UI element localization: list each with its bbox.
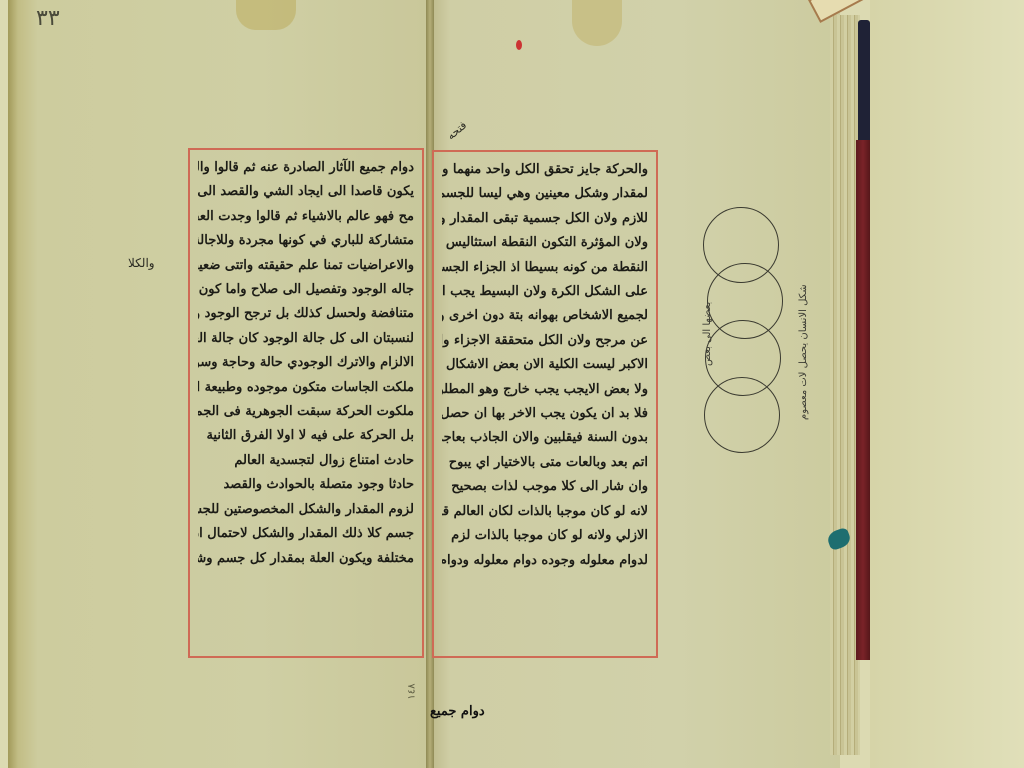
text-line: والاعراضيات تمنا علم حقيقته واتتى ضعيف ل… [198,254,414,278]
text-line: لدوام معلوله وجوده دوام معلوله ودوام معل… [442,549,648,573]
water-stain [236,0,296,30]
text-line: بدون السنة فيقلبين والان الجاذب بعاجزا [442,426,648,450]
text-line: لزوم المقدار والشكل المخصوصتين للجسم بال… [198,498,414,522]
diagram-note-1: شكل الانسان يحصل لات معصوم [798,284,809,420]
left-catchword-faint: ١٤٨ [407,683,418,699]
text-line: متشاركة للباري في كونها مجردة وللاجالة م… [198,229,414,253]
text-line: ملكت الجاسات متكون موجوده وطبيعة العالم [198,376,414,400]
text-line: وان شار الى كلا موجب لذات بصحيح [442,475,648,499]
catchword: دوام جميع [430,704,485,719]
text-line: الاكبر ليست الكلية الان بعض الاشكال كرات… [442,353,648,377]
text-line: حادثا وجود متصلة بالحوادث والقصد [198,473,414,497]
left-text-block: دوام جميع الآثار الصادرة عنه ثم قالوا وا… [188,148,424,658]
binding-red-edge [856,140,870,660]
text-line: ولان المؤثرة التكون النقطة استثاليس هو ا… [442,231,648,255]
text-line: مختلفة ويكون العلة بمقدار كل جسم وشكله ه… [198,547,414,571]
text-line: فلا بد ان يكون يجب الاخر بها ان حصل [442,402,648,426]
text-line: ملكوت الحركة سبقت الجوهرية فى الجميع [198,400,414,424]
red-ink-spot [516,40,522,50]
text-line: مح فهو عالم بالاشياء ثم قالوا وجدت العقو… [198,205,414,229]
text-line: الالزام والاترك الوجودي حالة وحاجة وسوا [198,351,414,375]
binding-blue-edge [858,20,870,140]
text-line: والحركة جايز تحقق الكل واحد منهما ولان ا… [442,158,648,182]
text-line: دوام جميع الآثار الصادرة عنه ثم قالوا وا… [198,156,414,180]
text-line: على الشكل الكرة ولان البسيط يجب ان يكون … [442,280,648,304]
text-line: لجميع الاشخاص بهوانه بتة دون اخرى وذلك ت… [442,304,648,328]
text-line: ولا بعض الايجب يجب خارج وهو المطلوب ثم ق… [442,378,648,402]
text-line: متنافضة ولحسل كذلك بل ترجح الوجود والحاص… [198,302,414,326]
text-line: النقطة من كونه بسيطا اذ الجزاء الجسم [442,256,648,280]
text-line: لنسبتان الى كل جالة الوجود كان جالة العد… [198,327,414,351]
text-line: اتم بعد وبالعات متى بالاختيار اي يبوح [442,451,648,475]
text-line: للازم ولان الكل جسمية تبقى المقدار والشك… [442,207,648,231]
page-number: ٣٣ [36,6,60,31]
backdrop [870,0,1024,768]
left-margin-note: والكلا [128,256,155,270]
text-line: حادث امتناع زوال لتجسدية العالم [198,449,414,473]
text-line: الازلي ولانه لو كان موجبا بالذات لزم [442,524,648,548]
right-text-block: والحركة جايز تحقق الكل واحد منهما ولان ا… [432,150,658,658]
text-line: لمقدار وشكل معينين وهي ليسا للجسمية اولا… [442,182,648,206]
text-line: يكون قاصدا الى ايجاد الشي والقصد الى ايج… [198,180,414,204]
text-line: بل الحركة على فيه لا اولا الفرق الثانية [198,424,414,448]
text-line: جسم كلا ذلك المقدار والشكل لاحتمال ان يك… [198,522,414,546]
text-line: لانه لو كان موجبا بالذات لكان العالم قدي… [442,500,648,524]
text-line: جاله الوجود وتفصيل الى صلاح واما كون الح… [198,278,414,302]
circle-4 [704,377,780,453]
text-line: عن مرجح ولان الكل متحققة الاجزاء والكان … [442,329,648,353]
diagram-note-2: بعضها الى بعض [702,302,713,366]
